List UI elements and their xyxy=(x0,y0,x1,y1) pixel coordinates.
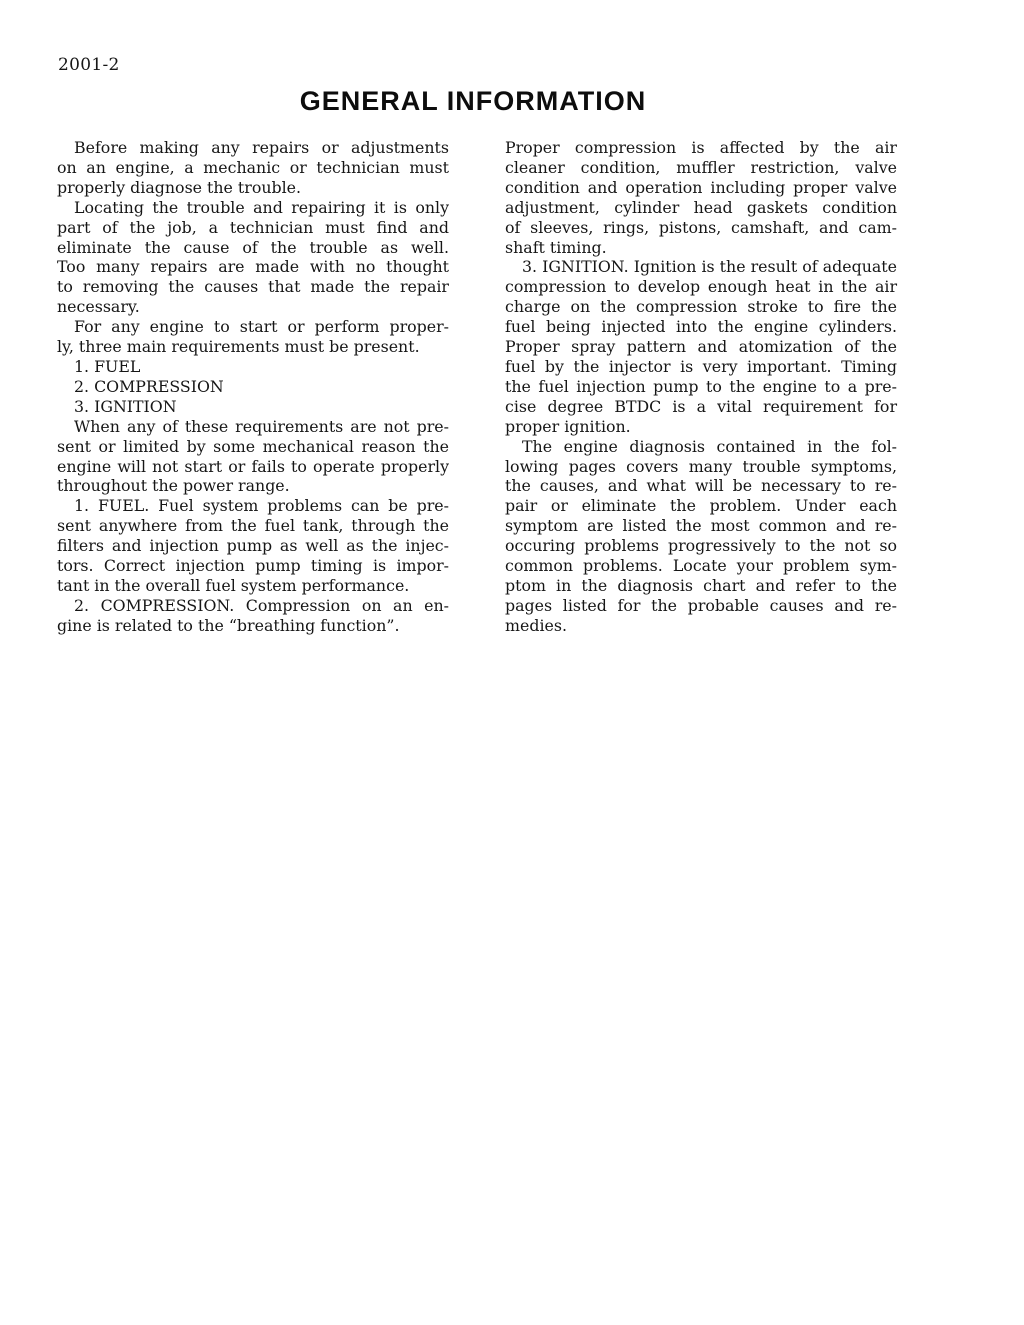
text-line: charge on the compression stroke to fire… xyxy=(505,297,897,317)
text-line: medies. xyxy=(505,616,897,636)
text-line: on an engine, a mechanic or technician m… xyxy=(57,158,449,178)
text-line: ly, three main requirements must be pres… xyxy=(57,337,449,357)
text-line: tors. Correct injection pump timing is i… xyxy=(57,556,449,576)
paragraph: 3. IGNITION. Ignition is the result of a… xyxy=(505,257,897,436)
paragraph: 1. FUEL xyxy=(57,357,449,377)
text-line: shaft timing. xyxy=(505,238,897,258)
text-line: cleaner condition, muffler restriction, … xyxy=(505,158,897,178)
text-line: pair or eliminate the problem. Under eac… xyxy=(505,496,897,516)
text-line: lowing pages covers many trouble symptom… xyxy=(505,457,897,477)
paragraph: 3. IGNITION xyxy=(57,397,449,417)
text-line: tant in the overall fuel system performa… xyxy=(57,576,449,596)
text-line: adjustment, cylinder head gaskets condit… xyxy=(505,198,897,218)
page-number: 2001-2 xyxy=(58,55,120,75)
paragraph: For any engine to start or perform prope… xyxy=(57,317,449,357)
text-line: common problems. Locate your problem sym… xyxy=(505,556,897,576)
paragraph: Locating the trouble and repairing it is… xyxy=(57,198,449,317)
text-line: 1. FUEL. Fuel system problems can be pre… xyxy=(57,496,449,516)
text-line: cise degree BTDC is a vital requirement … xyxy=(505,397,897,417)
text-column-left: Before making any repairs or adjustments… xyxy=(57,138,449,636)
text-line: Proper spray pattern and atomization of … xyxy=(505,337,897,357)
text-column-right: Proper compression is affected by the ai… xyxy=(505,138,897,636)
paragraph: 1. FUEL. Fuel system problems can be pre… xyxy=(57,496,449,596)
text-line: compression to develop enough heat in th… xyxy=(505,277,897,297)
text-line: the causes, and what will be necessary t… xyxy=(505,476,897,496)
text-line: ptom in the diagnosis chart and refer to… xyxy=(505,576,897,596)
text-line: properly diagnose the trouble. xyxy=(57,178,449,198)
paragraph: 2. COMPRESSION. Compression on an en-gin… xyxy=(57,596,449,636)
text-line: condition and operation including proper… xyxy=(505,178,897,198)
text-line: part of the job, a technician must find … xyxy=(57,218,449,238)
text-line: 1. FUEL xyxy=(57,357,449,377)
paragraph: The engine diagnosis contained in the fo… xyxy=(505,437,897,636)
text-line: eliminate the cause of the trouble as we… xyxy=(57,238,449,258)
paragraph: When any of these requirements are not p… xyxy=(57,417,449,497)
text-line: 3. IGNITION xyxy=(57,397,449,417)
paragraph: Before making any repairs or adjustments… xyxy=(57,138,449,198)
text-line: throughout the power range. xyxy=(57,476,449,496)
paragraph: Proper compression is affected by the ai… xyxy=(505,138,897,257)
text-line: When any of these requirements are not p… xyxy=(57,417,449,437)
text-line: pages listed for the probable causes and… xyxy=(505,596,897,616)
text-line: fuel being injected into the engine cyli… xyxy=(505,317,897,337)
text-line: filters and injection pump as well as th… xyxy=(57,536,449,556)
text-line: For any engine to start or perform prope… xyxy=(57,317,449,337)
text-line: occuring problems progressively to the n… xyxy=(505,536,897,556)
page-title: GENERAL INFORMATION xyxy=(0,86,946,117)
text-line: engine will not start or fails to operat… xyxy=(57,457,449,477)
text-line: of sleeves, rings, pistons, camshaft, an… xyxy=(505,218,897,238)
text-line: Locating the trouble and repairing it is… xyxy=(57,198,449,218)
text-line: proper ignition. xyxy=(505,417,897,437)
paragraph: 2. COMPRESSION xyxy=(57,377,449,397)
text-line: Before making any repairs or adjustments xyxy=(57,138,449,158)
text-line: to removing the causes that made the rep… xyxy=(57,277,449,297)
text-line: 2. COMPRESSION xyxy=(57,377,449,397)
document-page: 2001-2 GENERAL INFORMATION Before making… xyxy=(0,0,1024,1325)
text-line: sent anywhere from the fuel tank, throug… xyxy=(57,516,449,536)
text-line: symptom are listed the most common and r… xyxy=(505,516,897,536)
text-line: the fuel injection pump to the engine to… xyxy=(505,377,897,397)
text-line: fuel by the injector is very important. … xyxy=(505,357,897,377)
text-line: 2. COMPRESSION. Compression on an en- xyxy=(57,596,449,616)
text-line: gine is related to the “breathing functi… xyxy=(57,616,449,636)
text-line: necessary. xyxy=(57,297,449,317)
text-line: Proper compression is affected by the ai… xyxy=(505,138,897,158)
text-line: sent or limited by some mechanical reaso… xyxy=(57,437,449,457)
text-columns: Before making any repairs or adjustments… xyxy=(57,138,897,636)
text-line: Too many repairs are made with no though… xyxy=(57,257,449,277)
text-line: The engine diagnosis contained in the fo… xyxy=(505,437,897,457)
text-line: 3. IGNITION. Ignition is the result of a… xyxy=(505,257,897,277)
